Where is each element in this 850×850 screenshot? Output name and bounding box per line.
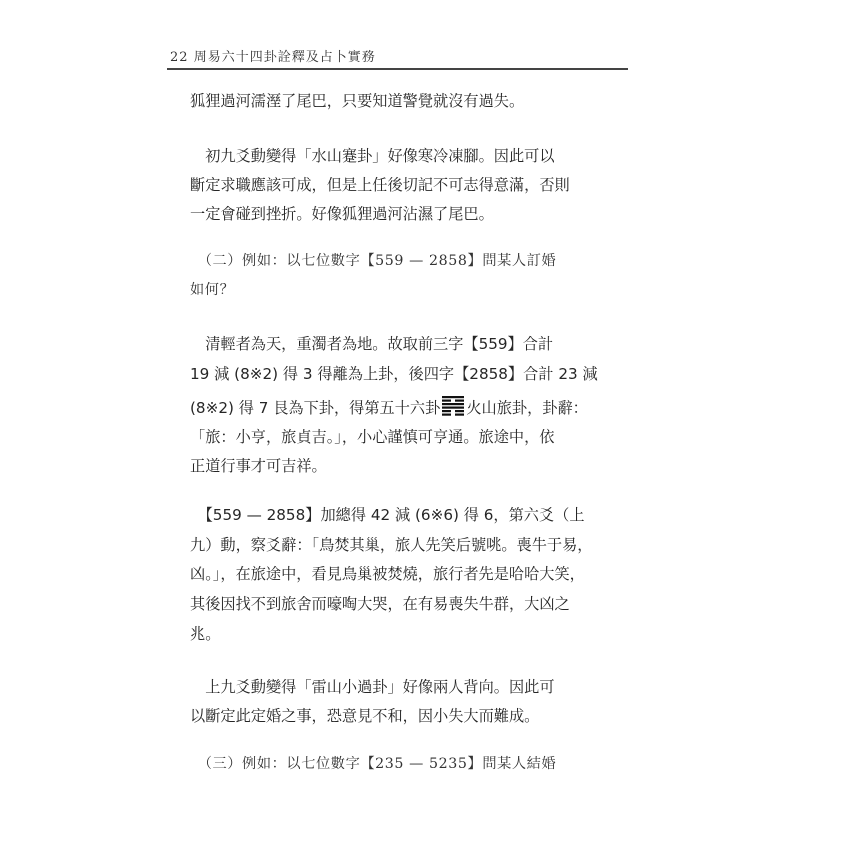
running-header: 22 周易六十四卦詮釋及占卜實務 xyxy=(170,46,376,65)
example-heading: （三）例如：以七位數字【235 — 5235】問某人結婚 xyxy=(190,753,556,773)
header-rule xyxy=(167,68,628,70)
text-line: 【559 — 2858】加總得 42 減 (6※6) 得 6，第六爻（上 xyxy=(190,504,585,525)
book-title: 周易六十四卦詮釋及占卜實務 xyxy=(194,50,376,65)
text-line: 九）動，察爻辭：「鳥焚其巢，旅人先笑后號咷。喪牛于易， xyxy=(190,534,592,555)
text-line: 清輕者為天，重濁者為地。故取前三字【559】合計 xyxy=(190,333,553,354)
page-number: 22 xyxy=(170,50,189,65)
text-line-with-hexagram: (8※2) 得 7 艮為下卦，得第五十六卦 火山旅卦，卦辭： xyxy=(190,396,588,420)
text-segment: (8※2) 得 7 艮為下卦，得第五十六卦 xyxy=(190,399,440,417)
example-heading: 如何？ xyxy=(190,279,234,299)
text-line: 凶。」，在旅途中，看見鳥巢被焚燒，旅行者先是哈哈大笑， xyxy=(190,563,585,584)
text-line: 「旅：小亨，旅貞吉。」，小心謹慎可亨通。旅途中，依 xyxy=(190,426,555,447)
text-line: 19 減 (8※2) 得 3 得離為上卦，後四字【2858】合計 23 減 xyxy=(190,363,598,384)
text-line: 斷定求職應該可成，但是上任後切記不可志得意滿，否則 xyxy=(190,174,570,195)
text-line: 上九爻動變得「雷山小過卦」好像兩人背向。因此可 xyxy=(190,676,555,697)
text-line: 正道行事才可吉祥。 xyxy=(190,455,327,476)
text-segment: 火山旅卦，卦辭： xyxy=(466,399,588,417)
text-line: 以斷定此定婚之事，恐意見不和，因小失大而難成。 xyxy=(190,705,539,726)
text-line: 其後因找不到旅舍而嚎啕大哭，在有易喪失牛群，大凶之 xyxy=(190,593,570,614)
text-line: 兆。 xyxy=(190,623,220,644)
text-line: 初九爻動變得「水山蹇卦」好像寒冷凍腳。因此可以 xyxy=(190,145,555,166)
example-heading: （二）例如：以七位數字【559 — 2858】問某人訂婚 xyxy=(190,250,556,270)
hexagram-lu-icon xyxy=(442,396,464,420)
book-page: 22 周易六十四卦詮釋及占卜實務 狐狸過河濡溼了尾巴，只要知道警覺就沒有過失。 … xyxy=(0,0,850,850)
text-line: 狐狸過河濡溼了尾巴，只要知道警覺就沒有過失。 xyxy=(190,90,524,111)
text-line: 一定會碰到挫折。好像狐狸過河沾濕了尾巴。 xyxy=(190,203,494,224)
